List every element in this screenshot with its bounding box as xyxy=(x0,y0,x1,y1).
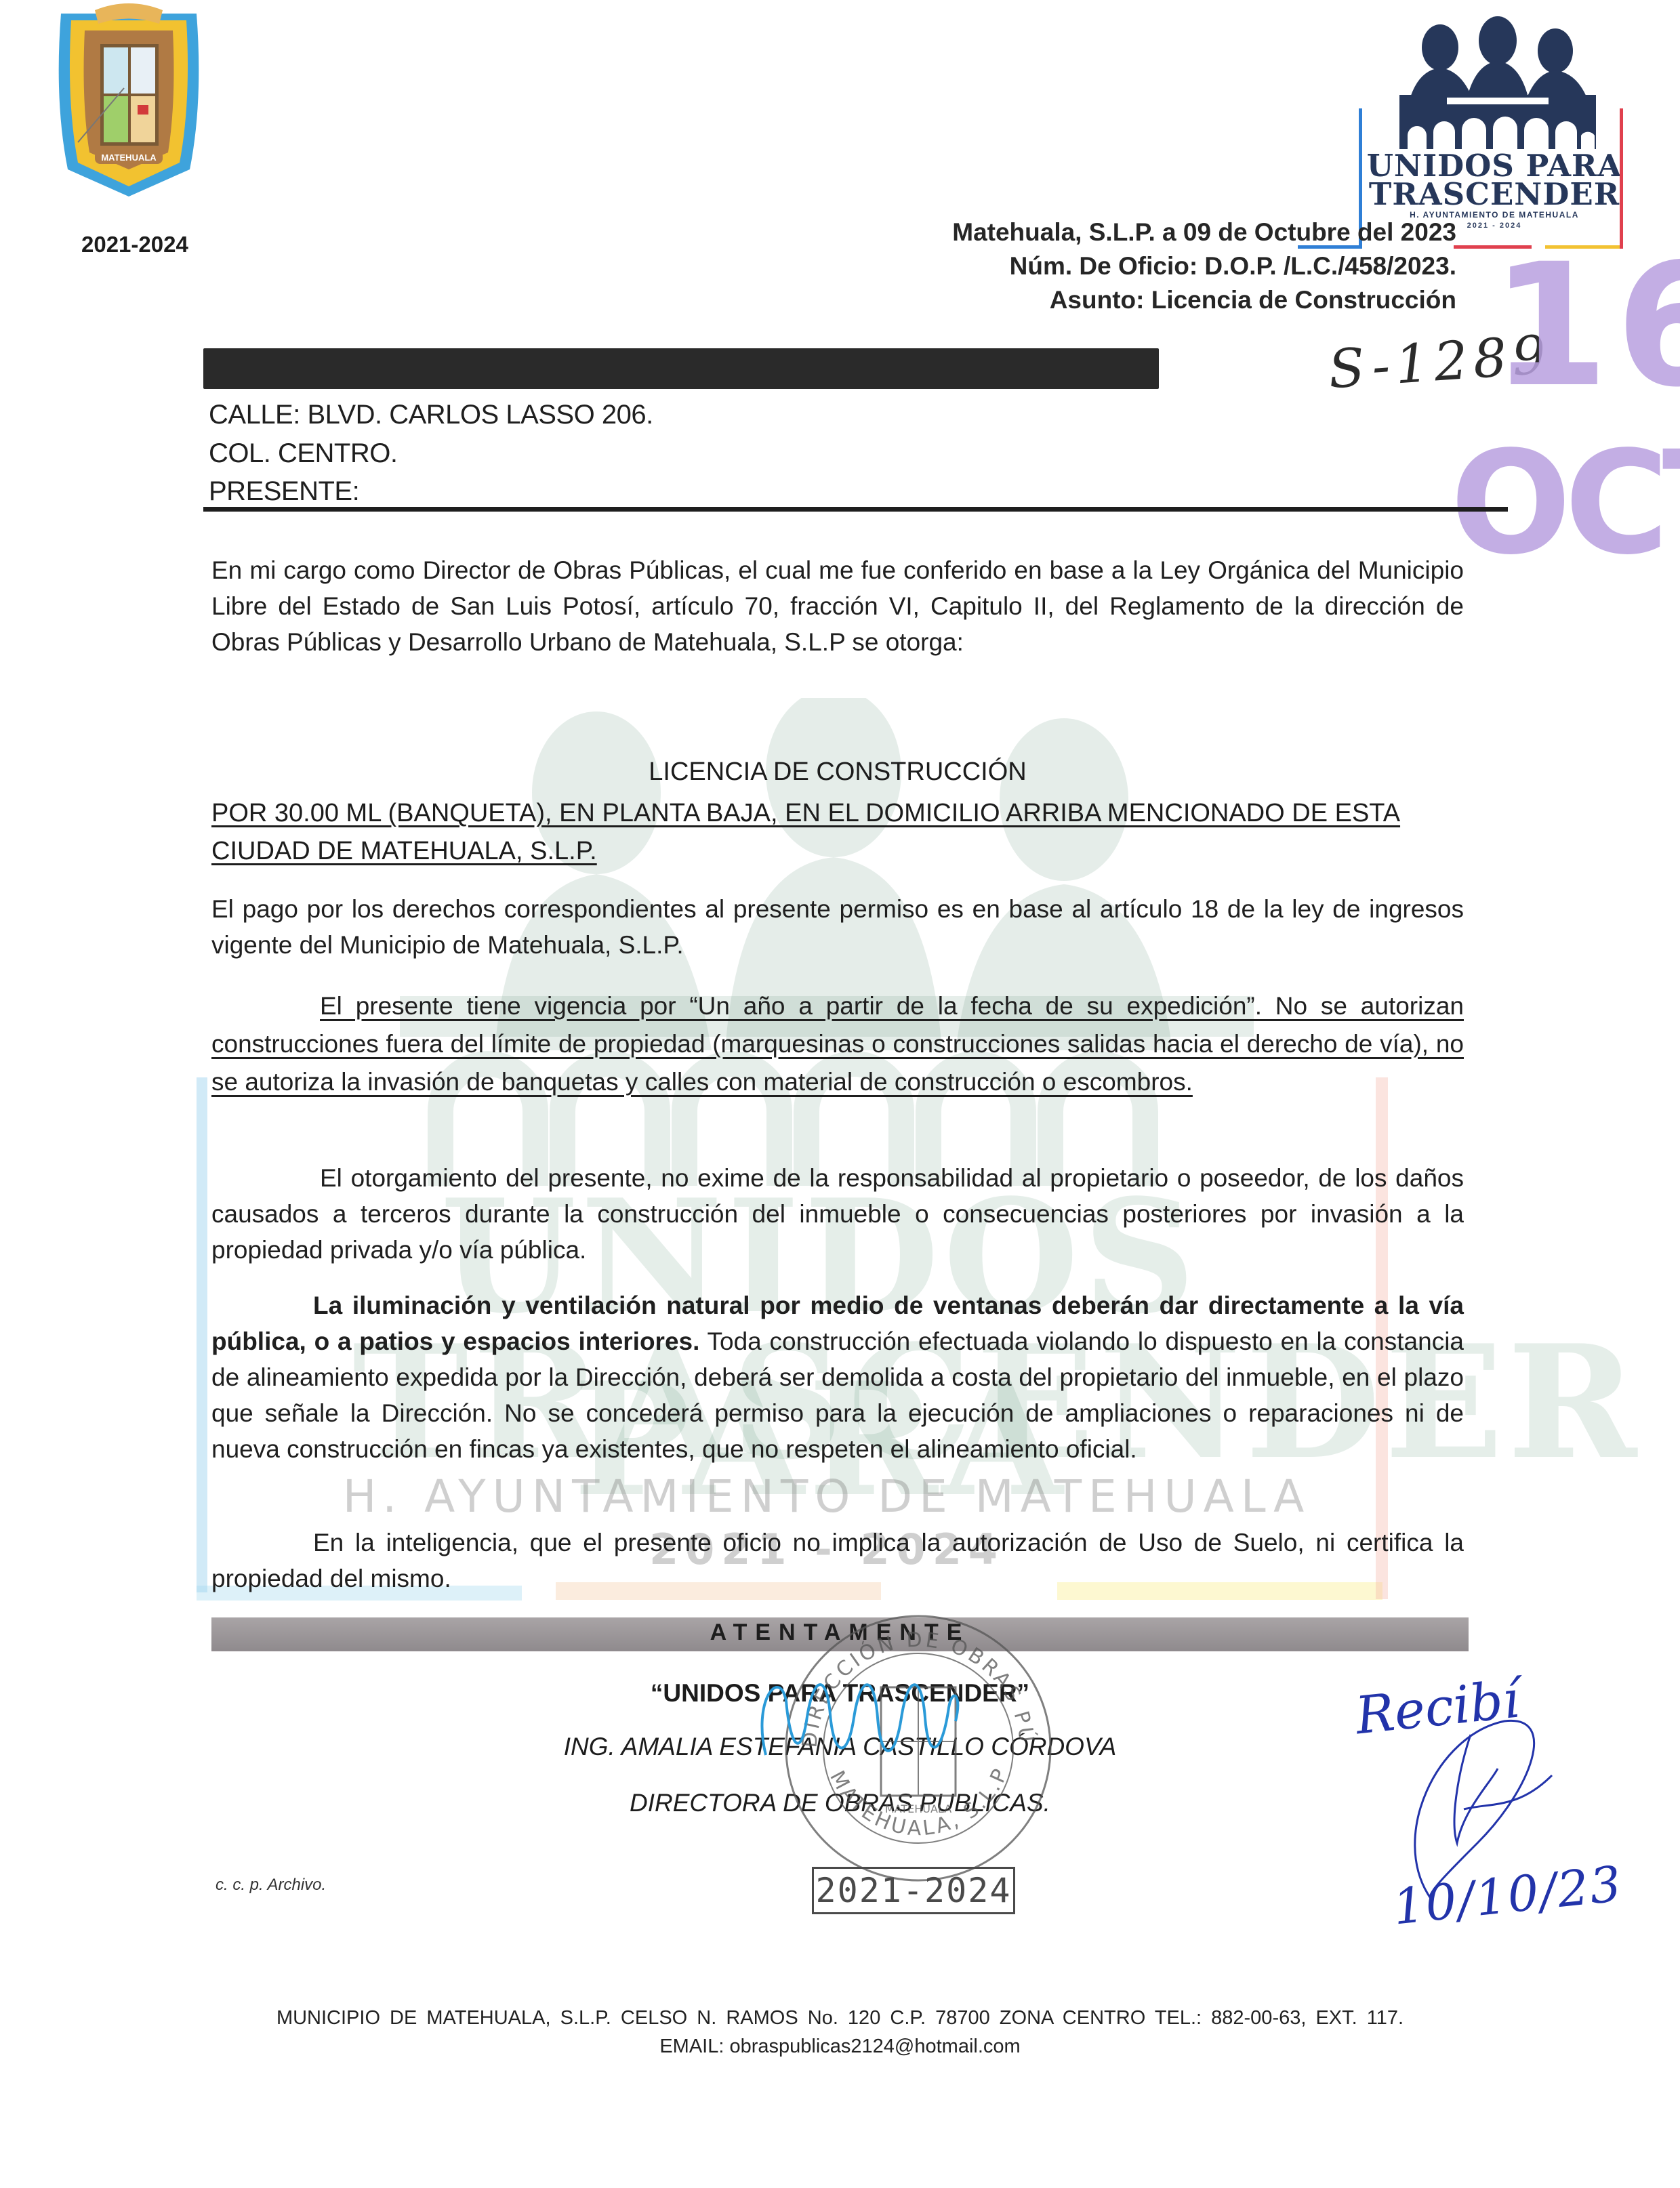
watermark-subtitle: H. AYUNTAMIENTO DE MATEHUALA xyxy=(203,1470,1450,1523)
watermark-blue-bar xyxy=(197,1077,207,1592)
license-title: LICENCIA DE CONSTRUCCIÓN xyxy=(211,758,1464,787)
carbon-copy: c. c. p. Archivo. xyxy=(216,1876,326,1895)
footer-email: EMAIL: obraspublicas2124@hotmail.com xyxy=(0,2036,1680,2058)
director-signature-icon xyxy=(752,1660,969,1775)
subject: Asunto: Licencia de Construcción xyxy=(952,283,1456,317)
brand-title-line2: TRASCENDER xyxy=(1359,176,1630,212)
intro-paragraph: En mi cargo como Director de Obras Públi… xyxy=(211,552,1464,660)
brand-figures-icon xyxy=(1399,14,1596,149)
header-divider xyxy=(203,507,1508,512)
place-date: Matehuala, S.L.P. a 09 de Octubre del 20… xyxy=(952,215,1456,249)
footer-address: MUNICIPIO DE MATEHUALA, S.L.P. CELSO N. … xyxy=(0,2007,1680,2029)
seal-center-text: MATEHUALA xyxy=(885,1802,951,1815)
oficio-number: Núm. De Oficio: D.O.P. /L.C./458/2023. xyxy=(952,249,1456,283)
municipal-crest-icon: MATEHUALA xyxy=(47,0,210,203)
received-stamp-day: 16 xyxy=(1491,227,1680,424)
seal-years-stamp: 2021-2024 xyxy=(812,1867,1015,1914)
liability-paragraph: El otorgamiento del presente, no exime d… xyxy=(211,1160,1464,1268)
document-meta: Matehuala, S.L.P. a 09 de Octubre del 20… xyxy=(952,215,1456,317)
administration-term: 2021-2024 xyxy=(81,232,188,257)
addressee-colony: COL. CENTRO. xyxy=(209,438,397,469)
license-description: POR 30.00 ML (BANQUETA), EN PLANTA BAJA,… xyxy=(211,794,1464,870)
payment-paragraph: El pago por los derechos correspondiente… xyxy=(211,891,1464,963)
brand-logo: UNIDOS PARA TRASCENDER H. AYUNTAMIENTO D… xyxy=(1359,14,1630,247)
received-stamp-month: OCT xyxy=(1450,420,1680,586)
validity-paragraph: El presente tiene vigencia por “Un año a… xyxy=(211,987,1464,1101)
lighting-paragraph: La iluminación y ventilación natural por… xyxy=(211,1287,1464,1467)
addressee-presente: PRESENTE: xyxy=(209,476,359,507)
addressee-street: CALLE: BLVD. CARLOS LASSO 206. xyxy=(209,400,653,430)
redacted-addressee-name xyxy=(203,348,1159,389)
land-use-paragraph: En la inteligencia, que el presente ofic… xyxy=(211,1525,1464,1596)
crest-label: MATEHUALA xyxy=(101,152,157,163)
